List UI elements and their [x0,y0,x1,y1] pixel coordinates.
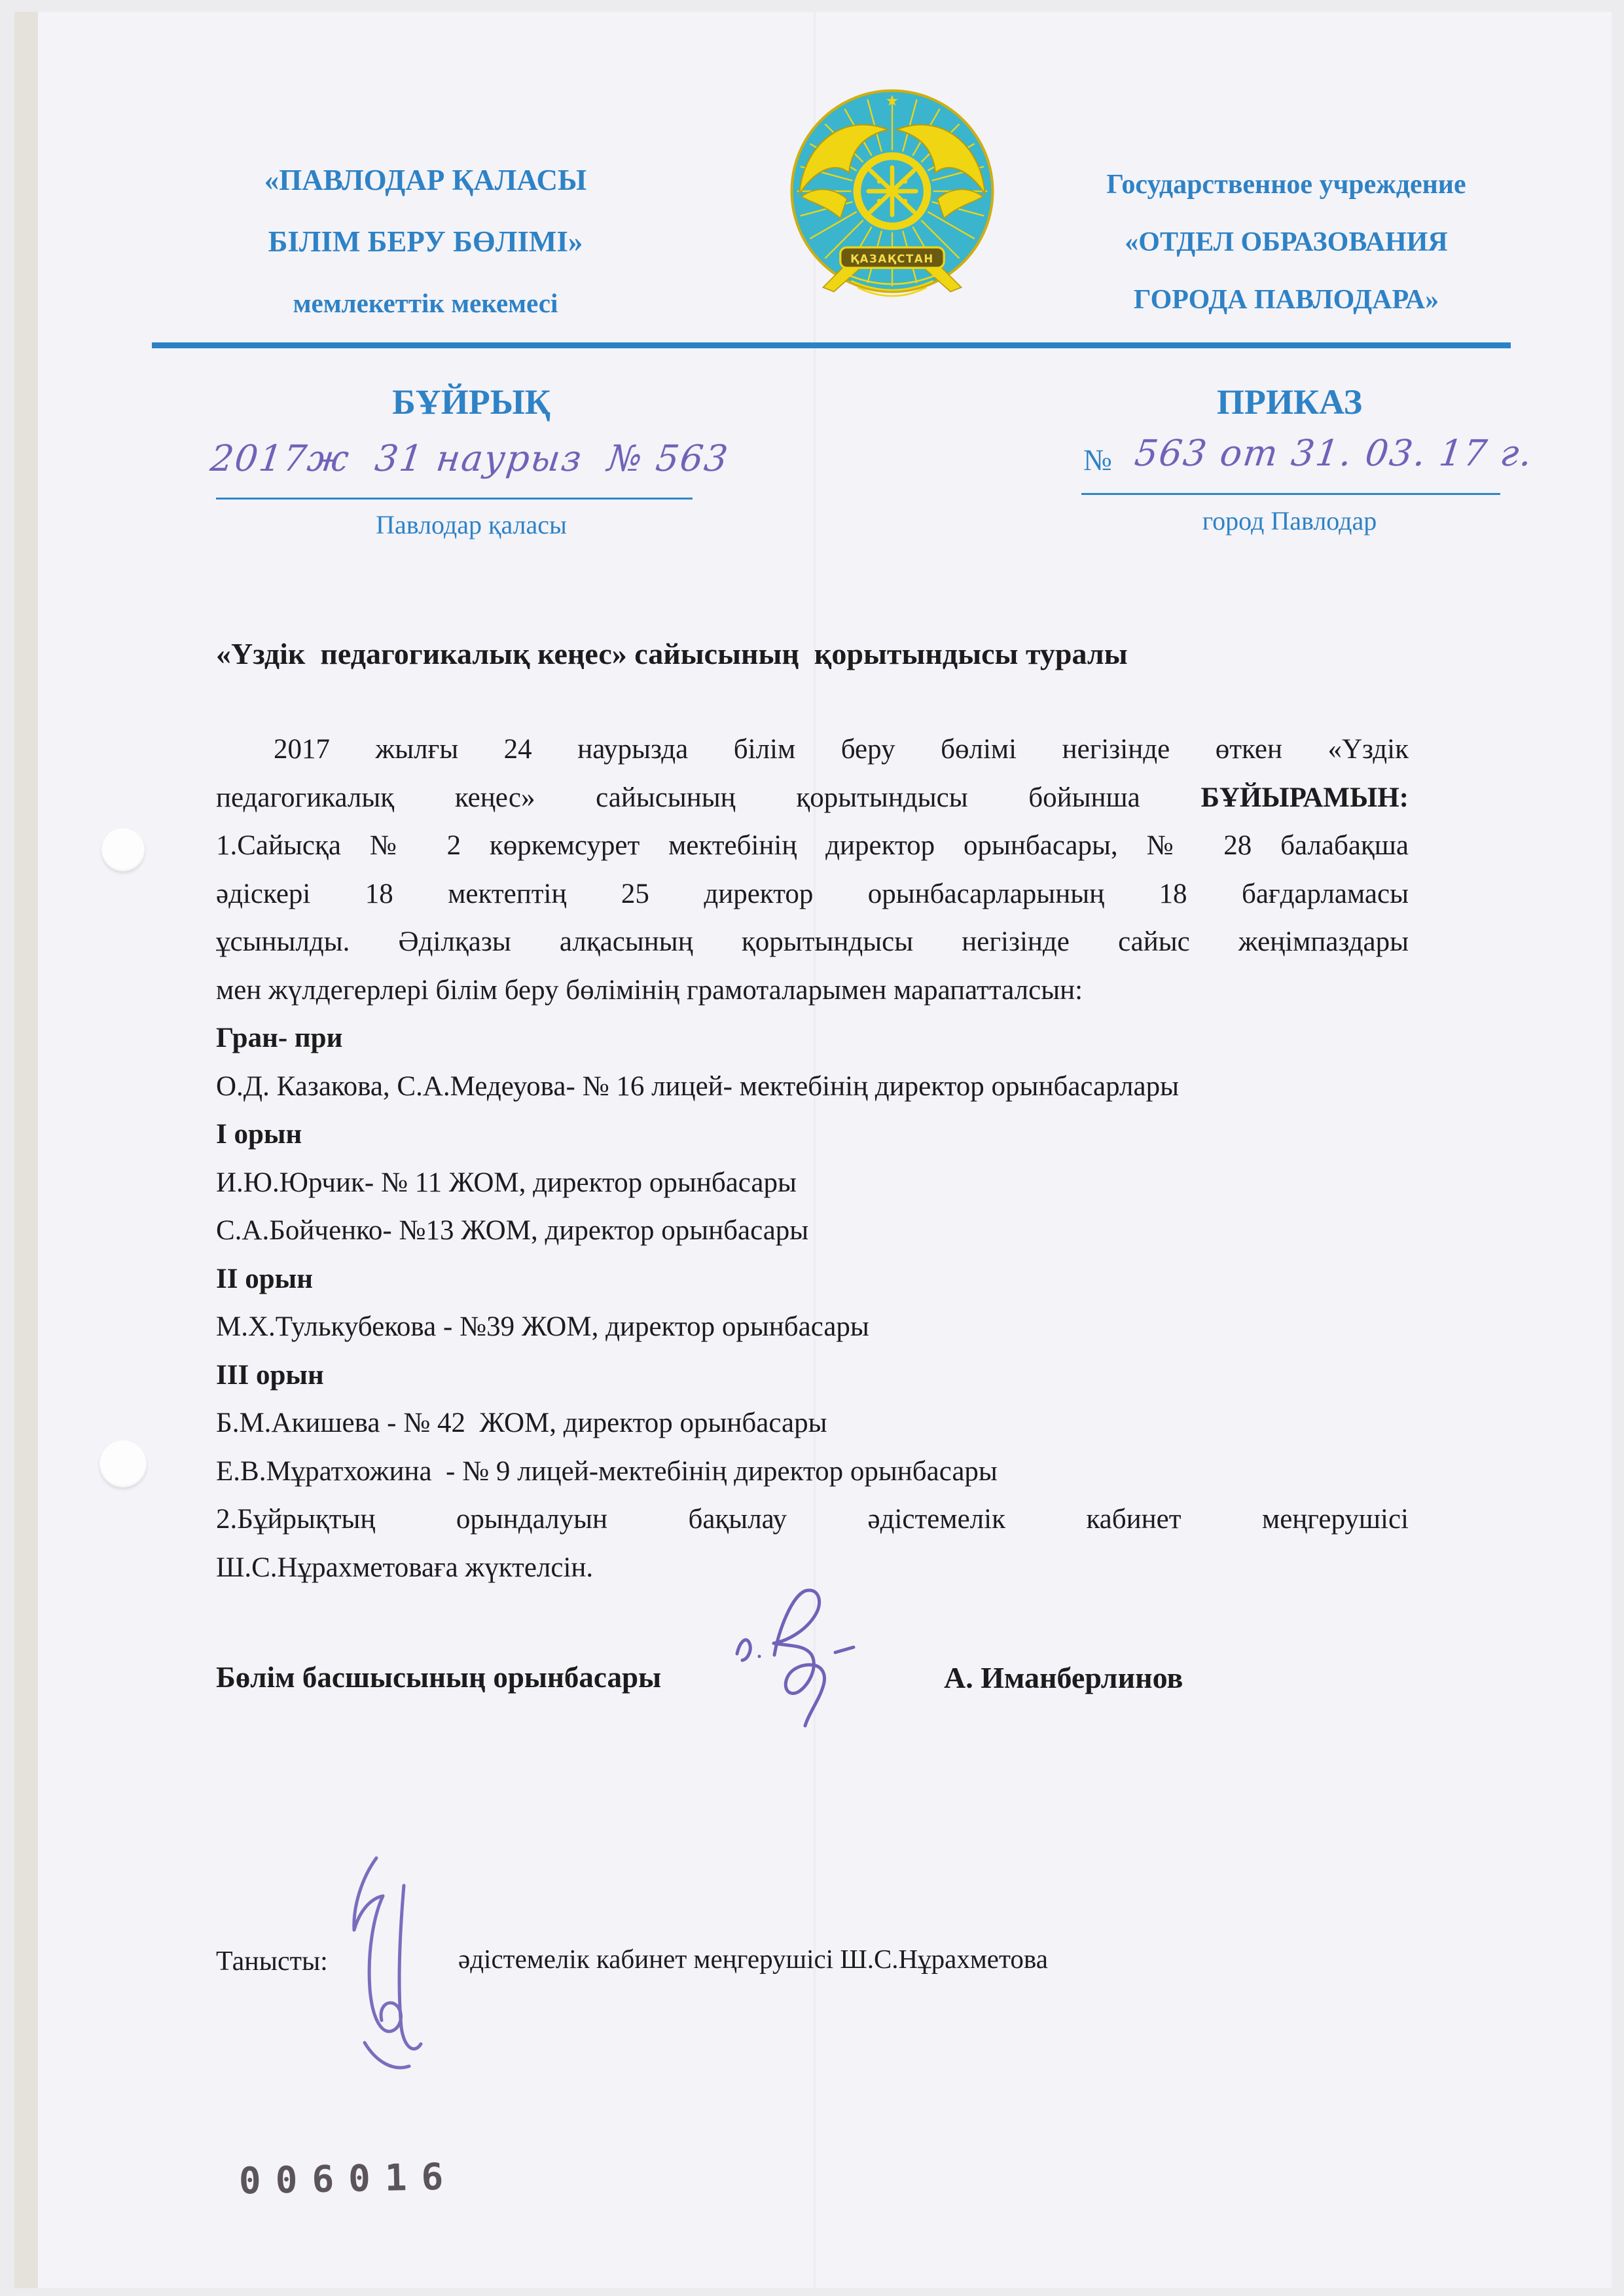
signer-position: Бөлім басшысының орынбасары [216,1660,661,1694]
paragraph1-line2-text: педагогикалық кеңес» сайысының қорытынды… [216,782,1200,813]
order-title-russian: ПРИКАЗ [1080,382,1499,422]
org-right-line1: Государственное учреждение [1047,156,1525,213]
punch-hole [101,828,145,871]
kazakhstan-state-emblem-icon: ҚАЗАҚСТАН ★ [784,86,1000,302]
emblem-star-icon: ★ [886,92,899,109]
award-grandprix-heading: Гран- при [216,1014,1409,1063]
award-first-place-entry1: И.Ю.Юрчик- № 11 ЖОМ, директор орынбасары [216,1159,1409,1207]
item1-line3: ұсынылды. Әділқазы алқасының қорытындысы… [216,918,1409,966]
header-divider-rule [152,342,1511,348]
award-second-place-heading: II орын [216,1255,1409,1303]
emblem-banner-text: ҚАЗАҚСТАН [850,253,934,265]
org-name-kazakh: «ПАВЛОДАР ҚАЛАСЫ БІЛІМ БЕРУ БӨЛІМІ» мемл… [196,149,655,334]
org-left-line1: «ПАВЛОДАР ҚАЛАСЫ [196,149,655,211]
document-title: «Үздік педагогикалық кеңес» сайысының қо… [216,636,1414,671]
scan-edge-strip [14,12,38,2288]
item1-line2: әдіскері 18 мектептің 25 директор орынба… [216,870,1409,919]
handwritten-date-number-kazakh: 2017ж 31 наурыз № 563 [208,437,731,479]
signature-nurakhmetova-icon [331,1846,455,2092]
order-title-kazakh: БҰЙРЫҚ [216,382,727,422]
signature-imanberlinov-icon [725,1576,922,1737]
award-third-place-entry1: Б.М.Акишева - № 42 ЖОМ, директор орынбас… [216,1399,1409,1448]
paragraph1-line1: 2017 жылғы 24 наурызда білім беру бөлімі… [216,725,1409,774]
handwritten-date-number-russian: 563 от 31. 03. 17 г. [1132,432,1536,474]
registration-stamp-number: 006016 [238,2156,458,2203]
acknowledged-label: Танысты: [216,1946,328,1977]
award-third-place-heading: III орын [216,1351,1409,1400]
award-first-place-heading: I орын [216,1110,1409,1159]
item2-line1: 2.Бұйрықтың орындалуын бақылау әдістемел… [216,1495,1409,1544]
document-body: 2017 жылғы 24 наурызда білім беру бөлімі… [216,725,1409,1592]
place-kazakh: Павлодар қаласы [216,509,727,540]
award-second-place-entry1: М.Х.Тулькубекова - №39 ЖОМ, директор оры… [216,1303,1409,1351]
acknowledged-by-text: әдістемелік кабинет меңгерушісі Ш.С.Нұра… [458,1943,1048,1975]
fill-in-line-right [1081,493,1500,495]
award-third-place-entry2: Е.В.Мұратхожина - № 9 лицей-мектебінің д… [216,1448,1409,1496]
fill-in-line-left [216,498,693,500]
award-grandprix-entry: О.Д. Казакова, С.А.Медеуова- № 16 лицей-… [216,1063,1409,1111]
punch-hole [99,1440,147,1487]
paragraph1-line2: педагогикалық кеңес» сайысының қорытынды… [216,774,1409,822]
award-first-place-entry2: С.А.Бойченко- №13 ЖОМ, директор орынбаса… [216,1207,1409,1255]
decree-word: БҰЙЫРАМЫН: [1200,782,1409,813]
org-right-line2: «ОТДЕЛ ОБРАЗОВАНИЯ [1047,213,1525,271]
signer-name: А. Иманберлинов [944,1660,1183,1695]
place-russian: город Павлодар [1080,505,1499,536]
number-sign: № [1083,443,1112,477]
org-name-russian: Государственное учреждение «ОТДЕЛ ОБРАЗО… [1047,156,1525,329]
item1-line4: мен жүлдегерлері білім беру бөлімінің гр… [216,966,1409,1015]
org-left-line3: мемлекеттік мекемесі [196,272,655,334]
scanned-order-document: { "colors": { "header_blue": "#2e82c5", … [0,0,1624,2296]
org-right-line3: ГОРОДА ПАВЛОДАРА» [1047,271,1525,329]
item1-line1: 1.Сайысқа № 2 көркемсурет мектебінің дир… [216,822,1409,870]
org-left-line2: БІЛІМ БЕРУ БӨЛІМІ» [196,211,655,272]
